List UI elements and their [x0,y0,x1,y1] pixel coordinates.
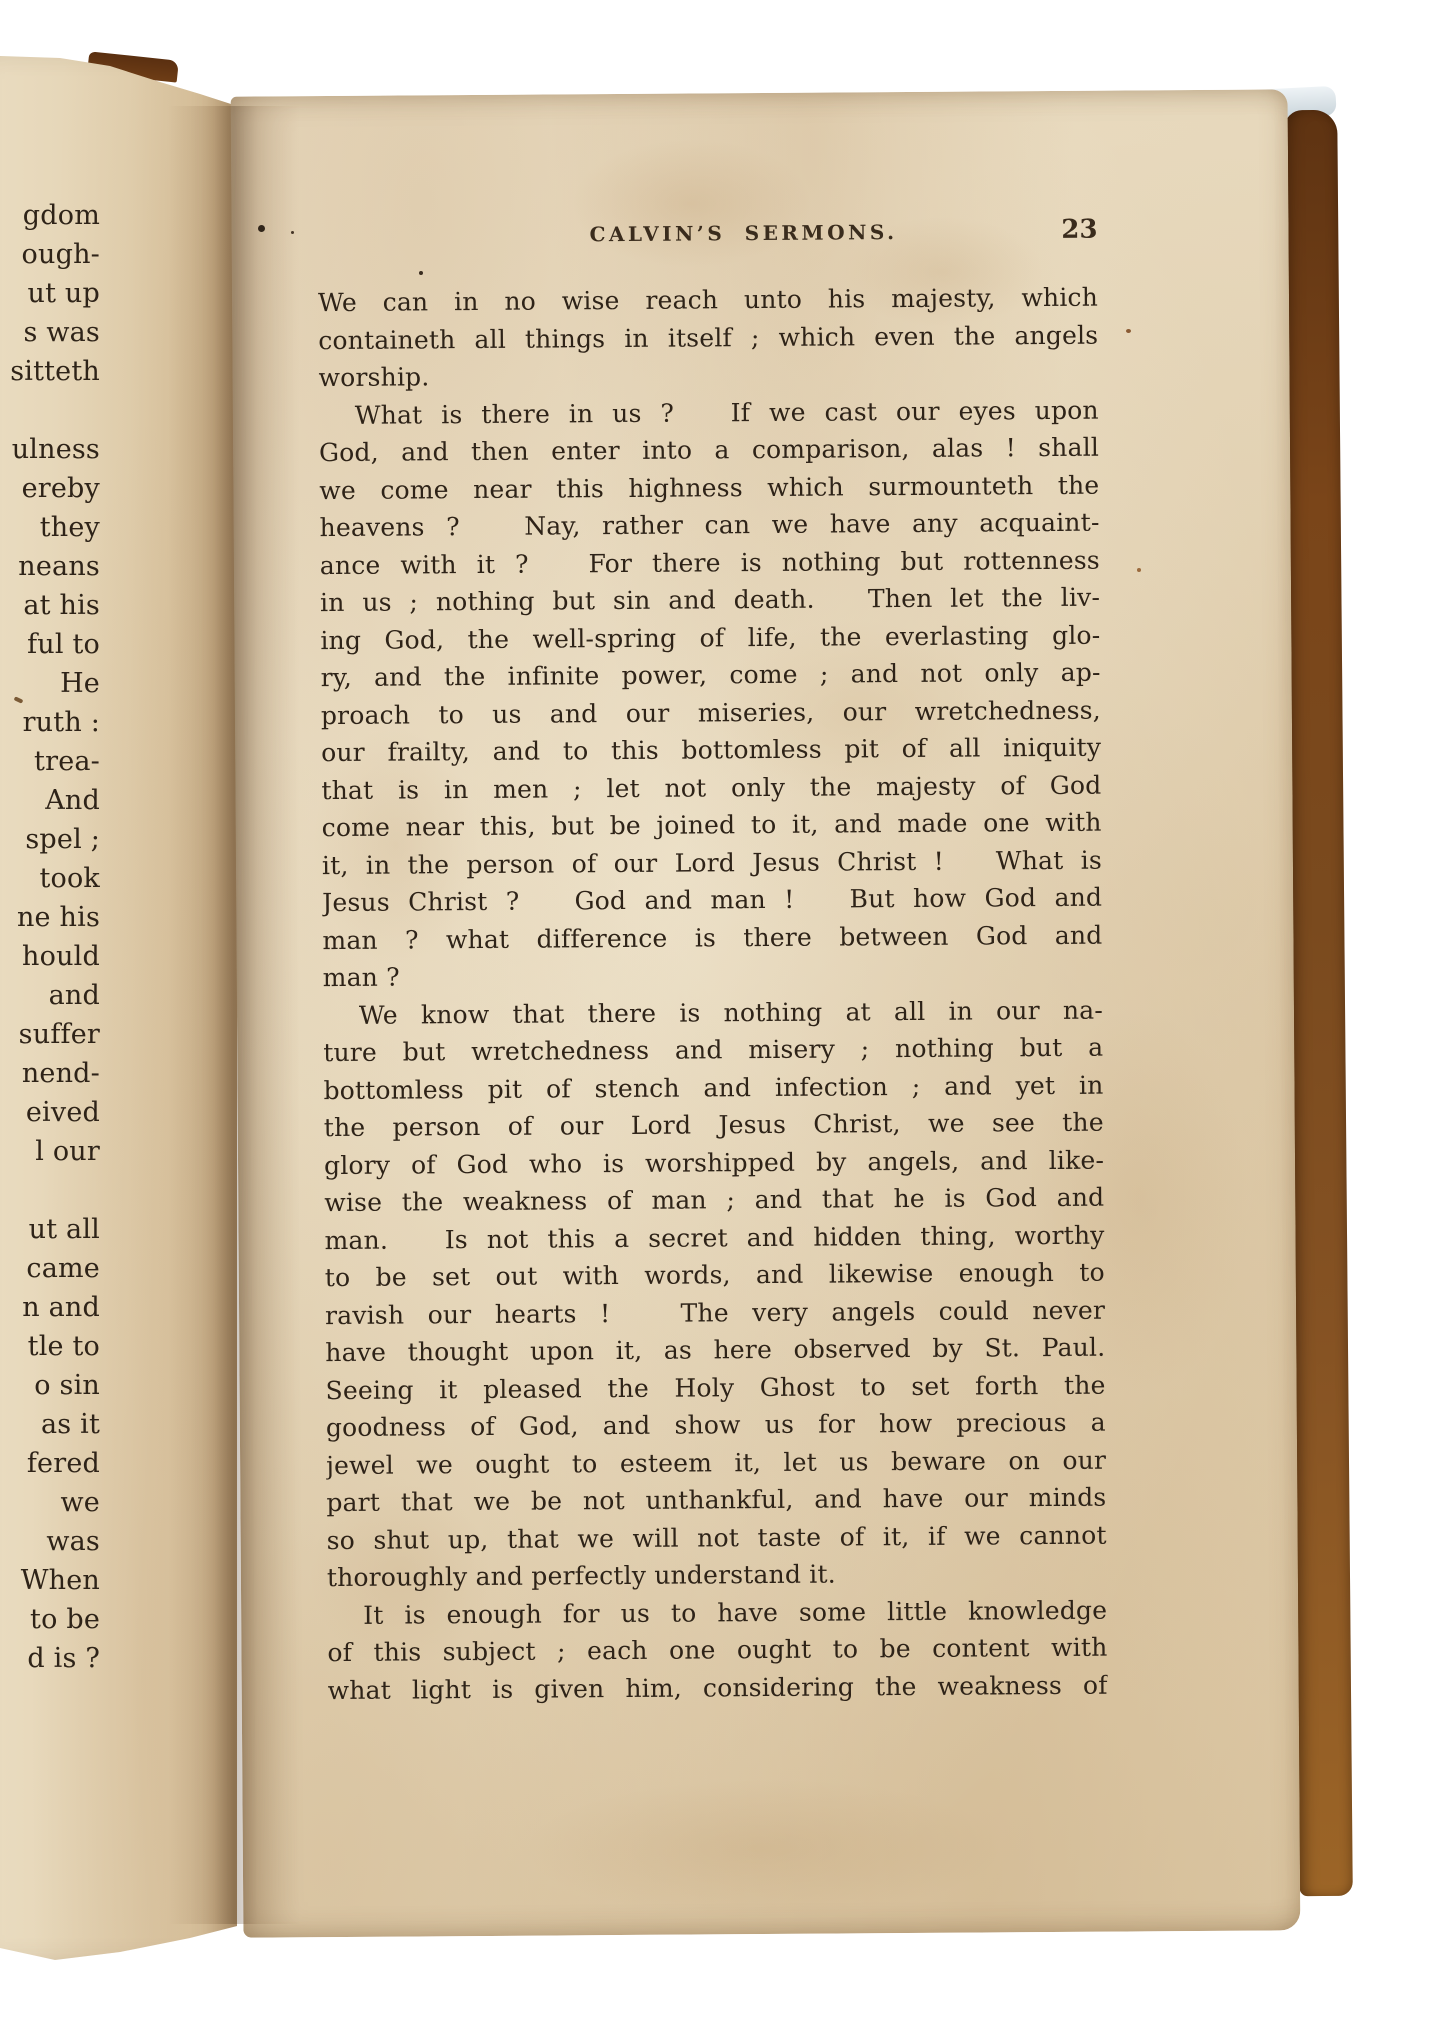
text-line-fragment: took [0,859,100,898]
text-line: have thought upon it, as here observed b… [325,1329,1105,1372]
text-line-fragment: And [0,781,100,820]
right-page: CALVIN’S SERMONS. 23 We can in no wise r… [231,89,1301,1937]
text-line: thoroughly and perfectly understand it. [327,1554,1107,1597]
text-line: proach to us and our miseries, our wretc… [321,691,1101,734]
text-line-fragment: to be [0,1600,100,1639]
text-line: to be set out with words, and likewise e… [325,1254,1105,1297]
text-line-fragment: ereby [0,469,100,508]
ink-speck [258,225,265,232]
text-line-fragment: neans [0,547,100,586]
text-line: ture but wretchedness and misery ; nothi… [323,1029,1103,1072]
text-line-fragment: eived [0,1093,100,1132]
ink-speck [419,271,423,275]
text-line-fragment: trea- [0,742,100,781]
text-line-fragment: d is ? [0,1639,100,1678]
text-line-fragment: ulness [0,430,100,469]
text-line: in us ; nothing but sin and death. Then … [320,579,1100,622]
text-line-fragment: When [0,1561,100,1600]
text-line: We know that there is nothing at all in … [323,991,1103,1034]
text-line-fragment: gdom [0,196,100,235]
text-line-fragment: ut all [0,1210,100,1249]
text-line-fragment: n and [0,1288,100,1327]
paper-stain [561,133,822,275]
text-line: heavens ? Nay, rather can we have any ac… [319,504,1099,547]
text-line: ry, and the infinite power, come ; and n… [321,654,1101,697]
foxing-speck [1126,329,1131,333]
text-line-fragment: was [0,1522,100,1561]
text-line-fragment: at his [0,586,100,625]
text-line: man ? [323,954,1103,997]
ink-speck [291,231,294,234]
text-line: Jesus Christ ? God and man ! But how God… [322,879,1102,922]
text-line: man. Is not this a secret and hidden thi… [324,1216,1104,1259]
text-line: so shut up, that we will not taste of it… [327,1516,1107,1559]
text-line-fragment: they [0,508,100,547]
text-line-fragment: ful to [0,625,100,664]
body-text: We can in no wise reach unto his majesty… [318,279,1108,1709]
text-line-fragment: tle to [0,1327,100,1366]
text-line: man ? what difference is there between G… [322,916,1102,959]
text-line: It is enough for us to have some little … [327,1591,1107,1634]
text-line: Seeing it pleased the Holy Ghost to set … [325,1366,1105,1409]
book-photo: gdomough-ut ups wassitteth ulnesserebyth… [0,0,1445,2023]
text-line: ance with it ? For there is nothing but … [320,541,1100,584]
text-line-fragment: ut up [0,274,100,313]
text-line: what light is given him, considering the… [328,1666,1108,1709]
text-line-fragment: and [0,976,100,1015]
text-line-fragment: s was [0,313,100,352]
left-page-text-fragments: gdomough-ut ups wassitteth ulnesserebyth… [0,196,100,1678]
text-line: worship. [318,354,1098,397]
text-line-fragment: ough- [0,235,100,274]
text-line-fragment: hould [0,937,100,976]
text-line-fragment: fered [0,1444,100,1483]
text-line: glory of God who is worshipped by angels… [324,1141,1104,1184]
text-line: our frailty, and to this bottomless pit … [321,729,1101,772]
text-line: that is in men ; let not only the majest… [321,766,1101,809]
text-line: What is there in us ? If we cast our eye… [319,391,1099,434]
text-line: bottomless pit of stench and infection ;… [323,1066,1103,1109]
text-line: the person of our Lord Jesus Christ, we … [324,1104,1104,1147]
text-line: ing God, the well-spring of life, the ev… [320,616,1100,659]
text-line-fragment: nend- [0,1054,100,1093]
text-line-fragment: ne his [0,898,100,937]
running-header: CALVIN’S SERMONS. [589,220,897,246]
text-line: containeth all things in itself ; which … [318,316,1098,359]
text-line: of this subject ; each one ought to be c… [327,1629,1107,1672]
text-line-fragment: suffer [0,1015,100,1054]
text-line: come near this, but be joined to it, and… [322,804,1102,847]
text-line-fragment: sitteth [0,352,100,391]
page-number: 23 [1017,215,1097,246]
text-line: we come near this highness which surmoun… [319,466,1099,509]
text-line: ravish our hearts ! The very angels coul… [325,1291,1105,1334]
text-line: jewel we ought to esteem it, let us bewa… [326,1441,1106,1484]
text-line-fragment: l our [0,1132,100,1171]
text-line: it, in the person of our Lord Jesus Chri… [322,841,1102,884]
text-line-fragment: we [0,1483,100,1522]
text-line: wise the weakness of man ; and that he i… [324,1179,1104,1222]
text-line-fragment: as it [0,1405,100,1444]
text-line-fragment: spel ; [0,820,100,859]
text-line: goodness of God, and show us for how pre… [326,1404,1106,1447]
text-line: God, and then enter into a comparison, a… [319,429,1099,472]
text-line: We can in no wise reach unto his majesty… [318,279,1098,322]
text-line-fragment: ruth : [0,703,100,742]
text-line-fragment: came [0,1249,100,1288]
foxing-speck [1137,568,1141,572]
paper-stain [502,1771,1023,1925]
text-line-fragment: o sin [0,1366,100,1405]
text-line: part that we be not unthankful, and have… [326,1479,1106,1522]
